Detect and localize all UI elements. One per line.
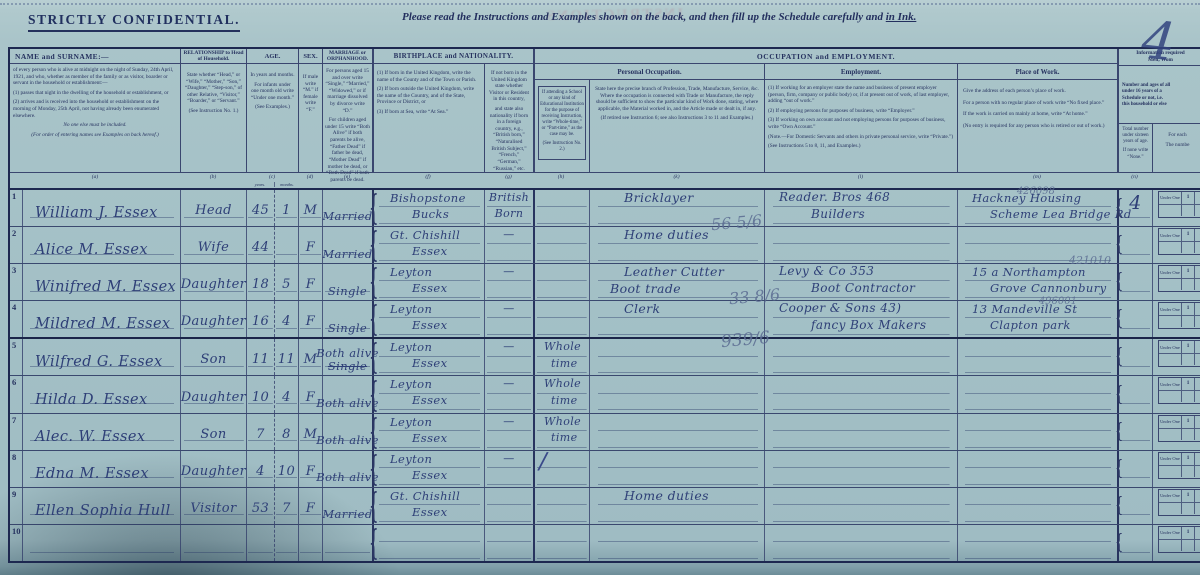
name-entry: Alec. W. Essex (35, 429, 145, 445)
under-sixteen-cell: 4 (1117, 190, 1152, 226)
age-months-cell: 10 (274, 451, 298, 487)
name-cell: William J. Essex (22, 190, 180, 226)
place-of-work-cell: 15 a Northampton Grove Cannonbury (957, 264, 1117, 300)
relationship-cell: Son (180, 339, 246, 375)
under-sixteen-cell (1117, 488, 1152, 524)
birthplace-county: Essex (412, 318, 448, 332)
row-number: 7 (10, 414, 22, 450)
age-months-cell: 4 (274, 301, 298, 337)
children-ages-grid: Under One 1 2 3 (1158, 228, 1200, 255)
marriage-cell: Both alive Single (322, 339, 372, 375)
place-code-annotation: 496001 (1039, 296, 1077, 307)
relationship-column-title: RELATIONSHIP to Head of Household. (180, 49, 246, 64)
relationship-cell: Visitor (180, 488, 246, 524)
column-letter-d: (d) (298, 174, 322, 180)
age-months-entry: 8 (282, 427, 291, 442)
relationship-cell: Daughter (180, 376, 246, 412)
relationship-cell: Daughter (180, 301, 246, 337)
occupation-entry-2: Boot trade (610, 281, 681, 296)
children-ages-cell: Under One 1 2 3 (1152, 301, 1200, 337)
birthplace-town: Leyton (390, 340, 432, 354)
place-of-work-entry-2: Clapton park (990, 318, 1071, 332)
column-letter-f: (f) (372, 174, 484, 180)
occupation-cell: Bricklayer 56 5/6 (589, 190, 764, 226)
sex-column-title: SEX. (298, 49, 322, 64)
under-sixteen-cell (1117, 301, 1152, 337)
education-cell (533, 227, 589, 263)
education-cell: Whole time (533, 414, 589, 450)
sex-entry: F (306, 240, 315, 255)
marriage-cell: Both alive (322, 451, 372, 487)
place-of-work-cell (957, 451, 1117, 487)
relationship-cell: Daughter (180, 451, 246, 487)
nationality-entry: — (503, 228, 514, 241)
employer-entry-2: fancy Box Makers (811, 318, 926, 332)
children-ages-cell: Under One 1 2 3 (1152, 264, 1200, 300)
nationality-cell: British Born (484, 190, 533, 226)
nationality-cell: — (484, 414, 533, 450)
under-sixteen-header: Number and ages of all under 16 years of… (1117, 66, 1200, 124)
children-ages-grid: Under One 1 2 3 (1158, 377, 1200, 404)
name-cell: Hilda D. Essex (22, 376, 180, 412)
education-cell (533, 525, 589, 561)
birthplace-cell: Leyton Essex (372, 414, 484, 450)
age-months-entry: 11 (278, 352, 295, 367)
employer-entry: Reader. Bros 468 (779, 190, 890, 204)
employment-title: Employment. (764, 64, 957, 80)
place-of-work-cell (957, 414, 1117, 450)
nationality-cell (484, 488, 533, 524)
occupation-cell (589, 376, 764, 412)
occupation-entry: Clerk (624, 301, 661, 316)
age-years-entry: 44 (252, 240, 269, 255)
relationship-cell: Wife (180, 227, 246, 263)
age-months-entry: 4 (282, 314, 291, 329)
table-row: 7 Alec. W. Essex Son 7 8 M Both alive Le… (10, 414, 1200, 451)
nationality-cell (484, 525, 533, 561)
children-ages-grid: Under One 1 2 3 (1158, 452, 1200, 479)
place-of-work-title: Place of Work. (957, 64, 1117, 80)
row-number: 8 (10, 451, 22, 487)
place-of-work-cell: 421010 (957, 227, 1117, 263)
nationality-entry: — (503, 415, 514, 428)
name-entry: Alice M. Essex (35, 242, 148, 258)
birthplace-town: Gt. Chishill (390, 228, 460, 242)
marriage-cell (322, 525, 372, 561)
place-of-work-cell (957, 339, 1117, 375)
relationship-entry: Son (200, 427, 226, 442)
employment-cell (764, 339, 957, 375)
age-years-entry: 7 (256, 427, 265, 442)
age-months-cell: 5 (274, 264, 298, 300)
table-row: 8 Edna M. Essex Daughter 4 10 F Both ali… (10, 451, 1200, 488)
occupation-section-title: OCCUPATION and EMPLOYMENT. (533, 49, 1117, 64)
table-row: 9 Ellen Sophia Hull Visitor 53 7 F Marri… (10, 488, 1200, 525)
relationship-entry: Wife (198, 240, 229, 255)
schedule-table: NAME and SURNAME:— RELATIONSHIP to Head … (8, 47, 1200, 563)
column-letter-c: (c) (246, 174, 298, 180)
column-letter-k: (k) (589, 174, 764, 180)
age-years-cell: 53 (246, 488, 274, 524)
place-code-annotation: 426098 (1017, 186, 1055, 197)
sex-entry: F (306, 314, 315, 329)
occupation-entry: Bricklayer (624, 190, 694, 205)
employment-column-instructions: (1) If working for an employer state the… (764, 80, 957, 172)
name-cell: Mildred M. Essex (22, 301, 180, 337)
age-years-entry: 11 (252, 352, 269, 367)
place-of-work-cell (957, 525, 1117, 561)
relationship-entry: Daughter (181, 277, 247, 292)
handwritten-page-number: 4 (1139, 10, 1178, 73)
row-number: 6 (10, 376, 22, 412)
table-header: NAME and SURNAME:— RELATIONSHIP to Head … (10, 49, 1200, 190)
education-entry: / (537, 446, 550, 475)
age-years-cell (246, 525, 274, 561)
name-cell: Alec. W. Essex (22, 414, 180, 450)
age-years-cell: 16 (246, 301, 274, 337)
birthplace-cell: Leyton Essex (372, 451, 484, 487)
row-number: 5 (10, 339, 22, 375)
nationality-entry: — (503, 377, 514, 390)
months-sublabel: months. (274, 182, 299, 187)
name-entry: Winifred M. Essex (35, 279, 176, 295)
employment-cell (764, 376, 957, 412)
personal-occupation-title: Personal Occupation. (533, 64, 764, 80)
age-months-entry: 4 (282, 390, 291, 405)
column-letter-b: (b) (180, 174, 246, 180)
table-row: 10 (10, 525, 1200, 561)
age-months-entry: 1 (282, 203, 291, 218)
relationship-entry: Head (195, 203, 232, 218)
education-entry-2: time (551, 357, 577, 370)
under-sixteen-cell (1117, 264, 1152, 300)
nationality-entry: — (503, 302, 514, 315)
name-entry: Edna M. Essex (35, 466, 149, 482)
employment-cell (764, 227, 957, 263)
years-sublabel: years. (246, 182, 274, 187)
birthplace-cell: Gt. Chishill Essex (372, 488, 484, 524)
nationality-cell: — (484, 451, 533, 487)
birthplace-county: Essex (412, 468, 448, 482)
birthplace-county: Essex (412, 431, 448, 445)
birthplace-county: Essex (412, 281, 448, 295)
occupation-cell (589, 451, 764, 487)
name-cell: Wilfred G. Essex (22, 339, 180, 375)
place-of-work-cell (957, 488, 1117, 524)
total-under-sixteen-instructions: Total number under sixteen years of age.… (1117, 124, 1152, 172)
marriage-column-instructions: For persons aged 15 and over write “Sing… (322, 64, 372, 172)
age-years-cell: 7 (246, 414, 274, 450)
relationship-cell: Son (180, 414, 246, 450)
education-cell: Whole time (533, 339, 589, 375)
children-ages-grid: Under One 1 2 3 (1158, 415, 1200, 442)
relationship-column-instructions: State whether “Head,” or “Wife,” “Mother… (180, 64, 246, 172)
marriage-entry: Married (322, 508, 372, 521)
under-sixteen-cell (1117, 525, 1152, 561)
occupation-cell: Home duties (589, 488, 764, 524)
birthplace-county: Essex (412, 505, 448, 519)
name-entry: Ellen Sophia Hull (35, 503, 171, 519)
under-sixteen-cell (1117, 414, 1152, 450)
age-years-entry: 4 (256, 464, 265, 479)
children-ages-cell: Under One 1 2 3 (1152, 227, 1200, 263)
employment-cell: Levy & Co 353 Boot Contractor (764, 264, 957, 300)
marriage-cell: Both alive (322, 414, 372, 450)
schedule-rows: 1 William J. Essex Head 45 1 M Married B… (10, 190, 1200, 561)
under-sixteen-entry: 4 (1129, 192, 1142, 214)
nationality-entry: — (503, 340, 514, 353)
place-of-work-entry: 15 a Northampton (972, 265, 1086, 279)
age-months-entry: 5 (282, 277, 291, 292)
sex-column-instructions: If male write “M.” if female write “F.” (298, 64, 322, 172)
age-years-cell: 11 (246, 339, 274, 375)
under-sixteen-cell (1117, 451, 1152, 487)
nationality-cell: — (484, 339, 533, 375)
place-of-work-entry-2: Scheme Lea Bridge Rd (990, 207, 1132, 221)
education-cell (533, 264, 589, 300)
relationship-cell: Head (180, 190, 246, 226)
age-years-entry: 18 (252, 277, 269, 292)
nationality-cell: — (484, 376, 533, 412)
relationship-cell: Daughter (180, 264, 246, 300)
age-months-cell (274, 227, 298, 263)
occupation-entry: Leather Cutter (624, 264, 724, 279)
birthplace-section-title: BIRTHPLACE and NATIONALITY. (372, 49, 533, 64)
name-column-instructions: of every person who is alive at midnight… (10, 64, 180, 172)
children-ages-grid: Under One 1 2 3 (1158, 489, 1200, 516)
row-number: 10 (10, 525, 22, 561)
birthplace-town: Leyton (390, 265, 432, 279)
sex-cell: F (298, 301, 322, 337)
age-months-cell: 11 (274, 339, 298, 375)
marriage-cell: Both alive (322, 376, 372, 412)
children-ages-cell: Under One 1 2 3 (1152, 451, 1200, 487)
children-ages-grid: Under One 1 2 3 (1158, 191, 1200, 218)
education-cell (533, 301, 589, 337)
sex-entry: F (306, 277, 315, 292)
marriage-entry: Single (328, 322, 367, 335)
occupation-entry: Home duties (624, 488, 709, 503)
occupation-cell (589, 414, 764, 450)
birthplace-cell: Leyton Essex (372, 264, 484, 300)
column-letter-l: (l) (764, 174, 957, 180)
sex-entry: F (306, 390, 315, 405)
birthplace-column-instructions: (1) If born in the United Kingdom, write… (372, 64, 484, 172)
table-row: 6 Hilda D. Essex Daughter 10 4 F Both al… (10, 376, 1200, 413)
age-years-cell: 44 (246, 227, 274, 263)
marriage-cell: Married (322, 488, 372, 524)
employment-cell (764, 488, 957, 524)
name-cell: Ellen Sophia Hull (22, 488, 180, 524)
age-years-cell: 10 (246, 376, 274, 412)
age-years-cell: 45 (246, 190, 274, 226)
nationality-cell: — (484, 264, 533, 300)
census-schedule-page: INSTRUCTIONS STRICTLY CONFIDENTIAL. Plea… (0, 0, 1200, 575)
occupation-cell (589, 525, 764, 561)
name-entry: William J. Essex (35, 205, 158, 221)
place-of-work-instructions: Give the address of each person’s place … (957, 80, 1117, 172)
children-ages-cell: Under One 1 2 3 (1152, 376, 1200, 412)
education-entry-2: time (551, 431, 577, 444)
employer-entry: Levy & Co 353 (779, 264, 874, 278)
education-column-instructions: If attending a School or any kind of Edu… (533, 80, 589, 172)
age-months-entry: 10 (278, 464, 295, 479)
relationship-entry: Visitor (190, 501, 236, 516)
relationship-entry: Son (200, 352, 226, 367)
instruction-text: Please read the Instructions and Example… (402, 11, 886, 23)
children-ages-instructions: For each The numbe (1152, 124, 1200, 172)
birthplace-cell: Leyton Essex (372, 339, 484, 375)
place-of-work-entry-2: Grove Cannonbury (990, 281, 1107, 295)
birthplace-cell (372, 525, 484, 561)
nationality-column-instructions: If not born in the United Kingdom state … (484, 64, 533, 172)
name-cell: Edna M. Essex (22, 451, 180, 487)
age-months-cell: 1 (274, 190, 298, 226)
employer-entry: Cooper & Sons 43) (779, 301, 901, 315)
marriage-column-title: MARRIAGE or ORPHANHOOD. (322, 49, 372, 64)
children-ages-grid: Under One 1 2 3 (1158, 265, 1200, 292)
nationality-entry: — (503, 452, 514, 465)
age-column-title: AGE. (246, 49, 298, 64)
place-of-work-cell: Hackney Housing Scheme Lea Bridge Rd 426… (957, 190, 1117, 226)
age-months-cell: 7 (274, 488, 298, 524)
employment-cell (764, 414, 957, 450)
marriage-struck-entry: Single (328, 360, 367, 373)
relationship-entry: Daughter (181, 464, 247, 479)
marriage-cell: Married (322, 190, 372, 226)
birthplace-town: Bishopstone (390, 191, 466, 205)
sex-entry: F (306, 464, 315, 479)
education-cell (533, 190, 589, 226)
children-ages-cell: Under One 1 2 3 (1152, 525, 1200, 561)
table-row: 4 Mildred M. Essex Daughter 16 4 F Singl… (10, 301, 1200, 339)
perforation-edge (0, 3, 1200, 5)
table-row: 2 Alice M. Essex Wife 44 F Married Gt. C… (10, 227, 1200, 264)
employment-cell: Cooper & Sons 43) fancy Box Makers (764, 301, 957, 337)
instruction-note: Please read the Instructions and Example… (402, 11, 980, 23)
birthplace-town: Leyton (390, 452, 432, 466)
name-entry: Wilfred G. Essex (35, 354, 163, 370)
name-entry: Mildred M. Essex (35, 316, 171, 332)
under-sixteen-cell (1117, 339, 1152, 375)
sex-entry: M (304, 203, 318, 218)
confidential-label: STRICTLY CONFIDENTIAL. (28, 12, 240, 32)
marriage-entry: Single (328, 285, 367, 298)
marriage-entry: Married (322, 210, 372, 223)
nationality-entry: — (503, 265, 514, 278)
row-number: 4 (10, 301, 22, 337)
education-cell: Whole time (533, 376, 589, 412)
birthplace-county: Bucks (412, 207, 449, 221)
sex-cell: M (298, 190, 322, 226)
age-months-cell: 4 (274, 376, 298, 412)
education-entry: Whole (544, 340, 581, 353)
children-ages-cell: Under One 1 2 3 (1152, 190, 1200, 226)
employer-entry-2: Boot Contractor (811, 281, 915, 295)
age-years-entry: 16 (252, 314, 269, 329)
birthplace-town: Leyton (390, 415, 432, 429)
relationship-entry: Daughter (181, 390, 247, 405)
occupation-entry: Home duties (624, 227, 709, 242)
occupation-column-instructions: State here the precise branch of Profess… (589, 80, 764, 172)
birthplace-county: Essex (412, 356, 448, 370)
sex-cell (298, 525, 322, 561)
birthplace-town: Gt. Chishill (390, 489, 460, 503)
age-years-entry: 10 (252, 390, 269, 405)
birthplace-county: Essex (412, 393, 448, 407)
relationship-cell (180, 525, 246, 561)
column-letter-a: (a) (10, 174, 180, 180)
name-entry: Hilda D. Essex (35, 392, 148, 408)
relationship-entry: Daughter (181, 314, 247, 329)
occupation-cell: Leather Cutter Boot trade 33 8/6 (589, 264, 764, 300)
column-letter-e: (e) (322, 174, 372, 180)
employment-cell (764, 525, 957, 561)
age-column-instructions: In years and months. For infants under o… (246, 64, 298, 172)
age-years-cell: 18 (246, 264, 274, 300)
children-ages-grid: Under One 1 2 3 (1158, 340, 1200, 367)
birthplace-town: Leyton (390, 302, 432, 316)
marriage-cell: Single (322, 264, 372, 300)
row-number: 9 (10, 488, 22, 524)
children-ages-grid: Under One 1 2 3 (1158, 302, 1200, 329)
age-months-cell (274, 525, 298, 561)
birthplace-town: Leyton (390, 377, 432, 391)
age-years-cell: 4 (246, 451, 274, 487)
place-of-work-cell: 13 Mandeville St Clapton park 496001 (957, 301, 1117, 337)
sex-cell: F (298, 264, 322, 300)
children-ages-grid: Under One 1 2 3 (1158, 526, 1200, 553)
age-years-entry: 53 (252, 501, 269, 516)
birthplace-cell: Leyton Essex (372, 376, 484, 412)
place-code-annotation: 421010 (1069, 254, 1111, 267)
name-cell: Winifred M. Essex (22, 264, 180, 300)
row-number: 2 (10, 227, 22, 263)
employer-entry-2: Builders (811, 207, 865, 221)
marriage-entry: Married (322, 248, 372, 261)
marriage-cell: Married (322, 227, 372, 263)
birthplace-cell: Leyton Essex (372, 301, 484, 337)
birthplace-county: Essex (412, 244, 448, 258)
column-letter-n: (n) (1117, 174, 1152, 180)
sex-cell: F (298, 227, 322, 263)
age-months-entry: 7 (282, 501, 291, 516)
table-row: 5 Wilfred G. Essex Son 11 11 M Both aliv… (10, 339, 1200, 376)
children-ages-cell: Under One 1 2 3 (1152, 488, 1200, 524)
under-sixteen-cell (1117, 227, 1152, 263)
table-row: 1 William J. Essex Head 45 1 M Married B… (10, 190, 1200, 227)
sex-cell: F (298, 488, 322, 524)
employment-cell: Reader. Bros 468 Builders (764, 190, 957, 226)
column-letter-h: (h) (533, 174, 589, 180)
nationality-cell: — (484, 301, 533, 337)
age-months-cell: 8 (274, 414, 298, 450)
name-cell: Alice M. Essex (22, 227, 180, 263)
column-letter-g: (g) (484, 174, 533, 180)
name-cell (22, 525, 180, 561)
birthplace-cell: Bishopstone Bucks (372, 190, 484, 226)
birthplace-cell: Gt. Chishill Essex (372, 227, 484, 263)
education-cell (533, 488, 589, 524)
children-ages-cell: Under One 1 2 3 (1152, 339, 1200, 375)
name-column-title: NAME and SURNAME:— (10, 49, 180, 64)
instruction-emphasis: in Ink. (886, 11, 917, 23)
column-letter-m: (m) (957, 174, 1117, 180)
nationality-cell: — (484, 227, 533, 263)
row-number: 3 (10, 264, 22, 300)
marriage-cell: Single (322, 301, 372, 337)
row-number: 1 (10, 190, 22, 226)
